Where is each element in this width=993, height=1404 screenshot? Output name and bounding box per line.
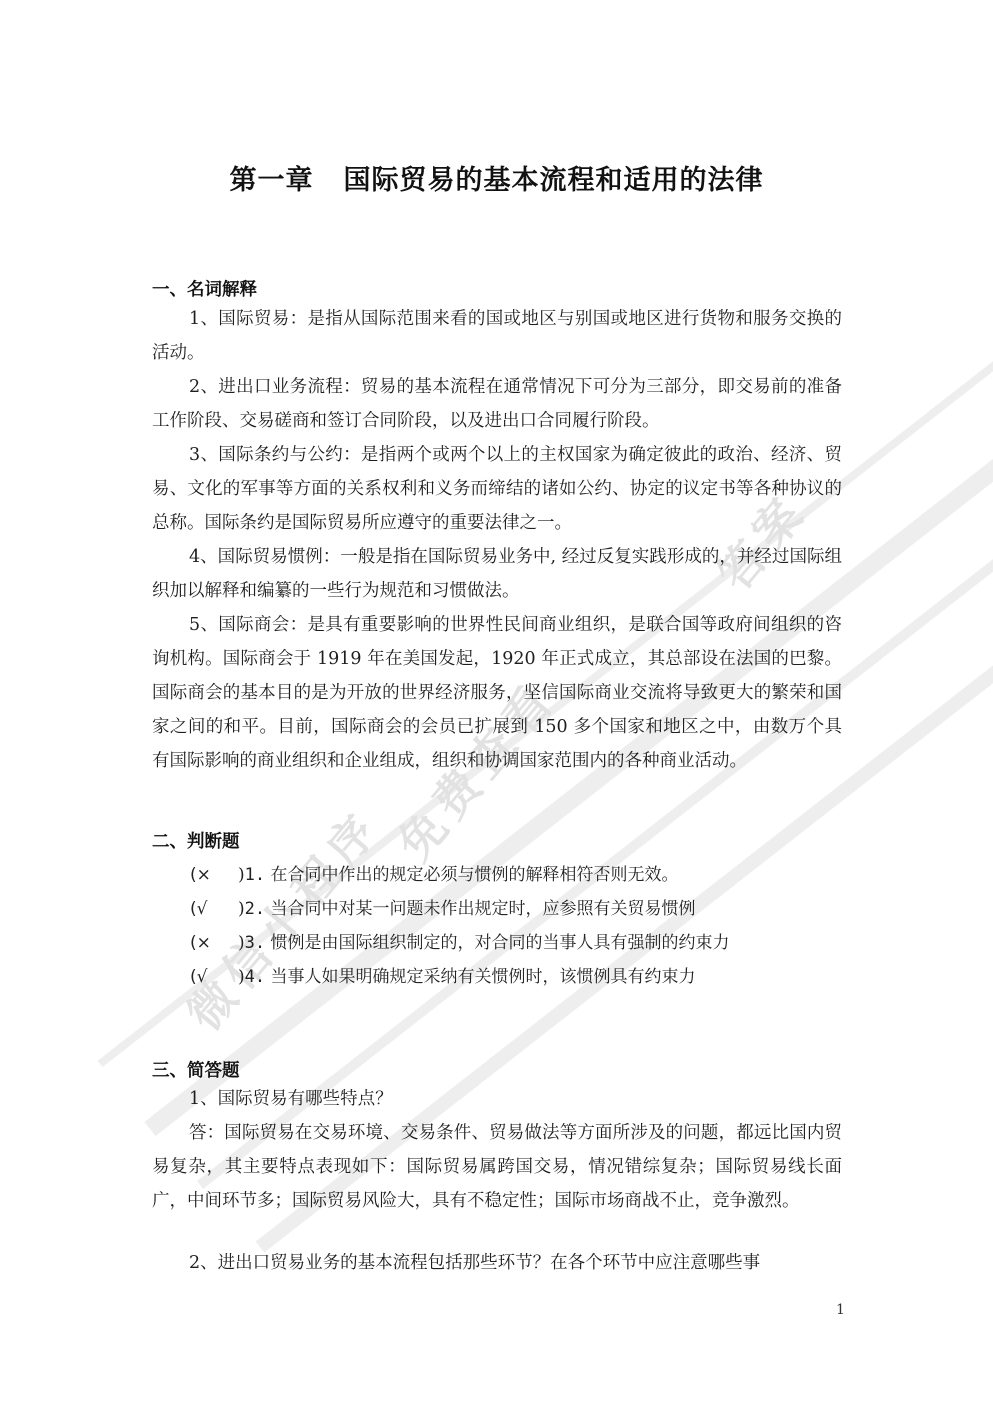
section-heading-definitions: 一、名词解释 [152,276,257,301]
section-heading-true-false: 二、判断题 [152,828,240,853]
judgement-item-4: (√)4. 当事人如果明确规定采纳有关惯例时，该惯例具有约束力 [190,962,696,987]
judgement-item-1: (×)1. 在合同中作出的规定必须与惯例的解释相符否则无效。 [190,860,679,885]
section-heading-short-answer: 三、简答题 [152,1057,240,1082]
chapter-title: 第一章国际贸易的基本流程和适用的法律 [0,158,993,197]
document-page: 微信小程序 免费查看 答案 第一章国际贸易的基本流程和适用的法律 一、名词解释 … [0,0,993,1404]
judgement-mark: (× [190,933,238,953]
question-1: 1、国际贸易有哪些特点？ [152,1082,842,1116]
judgement-text: 当事人如果明确规定采纳有关惯例时，该惯例具有约束力 [271,967,696,987]
judgement-mark: (√ [190,967,238,987]
chapter-name: 国际贸易的基本流程和适用的法律 [344,165,764,196]
question-2: 2、进出口贸易业务的基本流程包括那些环节？在各个环节中应注意哪些事 [152,1246,842,1280]
judgement-text: 当合同中对某一问题未作出规定时，应参照有关贸易惯例 [271,899,696,919]
page-number: 1 [836,1302,845,1318]
judgement-mark: (√ [190,899,238,919]
definition-item-5: 5、国际商会：是具有重要影响的世界性民间商业组织，是联合国等政府间组织的咨询机构… [152,608,842,778]
definition-item-4: 4、国际贸易惯例：一般是指在国际贸易业务中, 经过反复实践形成的，并经过国际组织… [152,540,842,608]
judgement-text: 在合同中作出的规定必须与惯例的解释相符否则无效。 [271,865,679,885]
definition-item-2: 2、进出口业务流程：贸易的基本流程在通常情况下可分为三部分，即交易前的准备工作阶… [152,370,842,438]
answer-1: 答：国际贸易在交易环境、交易条件、贸易做法等方面所涉及的问题，都远比国内贸易复杂… [152,1116,842,1218]
judgement-item-3: (×)3. 惯例是由国际组织制定的，对合同的当事人具有强制的约束力 [190,928,730,953]
judgement-mark: (× [190,865,238,885]
judgement-text: 惯例是由国际组织制定的，对合同的当事人具有强制的约束力 [271,933,730,953]
definition-item-1: 1、国际贸易：是指从国际范围来看的国或地区与别国或地区进行货物和服务交换的活动。 [152,302,842,370]
chapter-number: 第一章 [230,165,314,196]
definition-item-3: 3、国际条约与公约：是指两个或两个以上的主权国家为确定彼此的政治、经济、贸易、文… [152,438,842,540]
judgement-item-2: (√)2. 当合同中对某一问题未作出规定时，应参照有关贸易惯例 [190,894,696,919]
